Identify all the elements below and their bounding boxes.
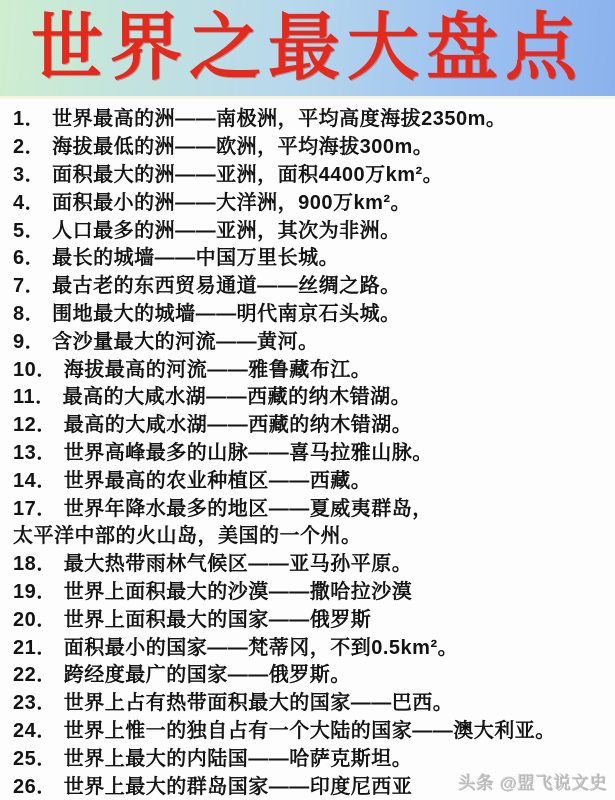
list-item-number: 17． — [13, 492, 57, 521]
list-item-text: 含沙量最大的河流——黄河。 — [52, 325, 319, 354]
list-item-number: 7． — [13, 269, 45, 298]
list-item-number: 26． — [13, 770, 57, 799]
list-item: 18．最大热带雨林气候区——亚马孙平原。 — [13, 548, 615, 576]
list-item: 9．含沙量最大的河流——黄河。 — [13, 325, 615, 353]
list-item: 7．最古老的东西贸易通道——丝绸之路。 — [13, 270, 615, 298]
list-item: 6．最长的城墙——中国万里长城。 — [13, 242, 615, 270]
page-title: 世界之最大盘点 — [31, 0, 584, 97]
list-item-text: 最高的大咸水湖——西藏的纳木错湖。 — [63, 380, 412, 409]
list-item: 1．世界最高的洲——南极洲，平均高度海拔2350m。 — [13, 103, 615, 131]
list-item-number: 4． — [13, 186, 45, 215]
list-item-text: 世界上最大的群岛国家——印度尼西亚 — [64, 770, 413, 799]
list-item-number: 1． — [13, 102, 45, 131]
list-item: 14．世界最高的农业种植区——西藏。 — [13, 464, 615, 492]
list-item: 太平洋中部的火山岛，美国的一个州。 — [13, 520, 615, 548]
list-item-number: 5． — [13, 214, 45, 243]
list-item: 21．面积最小的国家——梵蒂冈，不到0.5km²。 — [13, 631, 615, 659]
list-item-text: 最长的城墙——中国万里长城。 — [52, 241, 339, 270]
list-item: 13．世界高峰最多的山脉——喜马拉雅山脉。 — [13, 437, 615, 465]
list-item-number: 23． — [13, 686, 57, 715]
list-item-number: 13． — [13, 436, 57, 465]
header-banner: 世界之最大盘点 — [0, 0, 615, 99]
list-item-text: 世界上面积最大的沙漠——撒哈拉沙漠 — [64, 575, 413, 604]
list-item-text: 面积最小的国家——梵蒂冈，不到0.5km²。 — [64, 631, 458, 660]
list-item: 12．最高的大咸水湖——西藏的纳木错湖。 — [13, 409, 615, 437]
list-item: 11．最高的大咸水湖——西藏的纳木错湖。 — [13, 381, 615, 409]
list-item-text: 最古老的东西贸易通道——丝绸之路。 — [52, 269, 401, 298]
watermark: 头条 @盟飞说文史 — [459, 769, 608, 794]
list-item: 4．面积最小的洲——大洋洲，900万km²。 — [13, 186, 615, 214]
list-item: 24．世界上惟一的独自占有一个大陆的国家——澳大利亚。 — [13, 715, 615, 743]
list-item-text: 世界最高的洲——南极洲，平均高度海拔2350m。 — [52, 102, 506, 131]
list-item-text: 世界上惟一的独自占有一个大陆的国家——澳大利亚。 — [64, 714, 556, 743]
list-item: 5．人口最多的洲——亚洲，其次为非洲。 — [13, 214, 615, 242]
list-item-text: 面积最大的洲——亚洲，面积4400万km²。 — [52, 158, 443, 187]
list-item: 25．世界上最大的内陆国——哈萨克斯坦。 — [13, 742, 615, 770]
list-item: 8．围地最大的城墙——明代南京石头城。 — [13, 298, 615, 326]
list-item-number: 19． — [13, 575, 57, 604]
list-item-text: 面积最小的洲——大洋洲，900万km²。 — [52, 186, 411, 215]
list-item-number: 2． — [13, 130, 45, 159]
list-item-number: 10． — [13, 353, 57, 382]
list-item-number: 25． — [13, 742, 57, 771]
facts-list: 1．世界最高的洲——南极洲，平均高度海拔2350m。2．海拔最低的洲——欧洲，平… — [0, 99, 615, 798]
list-item-text: 世界上面积最大的国家——俄罗斯 — [64, 603, 372, 632]
list-item-text: 最高的大咸水湖——西藏的纳木错湖。 — [64, 408, 413, 437]
list-item-text: 世界上占有热带面积最大的国家——巴西。 — [64, 686, 454, 715]
list-item: 17．世界年降水最多的地区——夏威夷群岛， — [13, 492, 615, 520]
list-item-number: 11． — [13, 380, 56, 409]
list-item: 23．世界上占有热带面积最大的国家——巴西。 — [13, 687, 615, 715]
list-item-text: 跨经度最广的国家——俄罗斯。 — [64, 658, 351, 687]
list-item-text: 最大热带雨林气候区——亚马孙平原。 — [64, 547, 413, 576]
list-item-text: 世界高峰最多的山脉——喜马拉雅山脉。 — [64, 436, 433, 465]
list-item-number: 22． — [13, 658, 57, 687]
list-item-text: 世界年降水最多的地区——夏威夷群岛， — [64, 492, 433, 521]
list-item-text: 围地最大的城墙——明代南京石头城。 — [52, 297, 401, 326]
list-item: 20．世界上面积最大的国家——俄罗斯 — [13, 603, 615, 631]
list-item-number: 21． — [13, 631, 57, 660]
list-item-number: 14． — [13, 464, 57, 493]
list-item-number: 24． — [13, 714, 57, 743]
list-item: 2．海拔最低的洲——欧洲，平均海拔300m。 — [13, 131, 615, 159]
list-item-number: 20． — [13, 603, 57, 632]
list-item-number: 8． — [13, 297, 45, 326]
list-item-text: 太平洋中部的火山岛，美国的一个州。 — [13, 519, 362, 548]
list-item: 22．跨经度最广的国家——俄罗斯。 — [13, 659, 615, 687]
list-item-text: 人口最多的洲——亚洲，其次为非洲。 — [52, 214, 401, 243]
list-item-text: 世界最高的农业种植区——西藏。 — [64, 464, 372, 493]
list-item-text: 世界上最大的内陆国——哈萨克斯坦。 — [64, 742, 413, 771]
list-item-number: 3． — [13, 158, 45, 187]
list-item: 10．海拔最高的河流——雅鲁藏布江。 — [13, 353, 615, 381]
list-item-number: 9． — [13, 325, 45, 354]
list-item: 3．面积最大的洲——亚洲，面积4400万km²。 — [13, 159, 615, 187]
list-item-number: 12． — [13, 408, 57, 437]
infographic-page: 世界之最大盘点 1．世界最高的洲——南极洲，平均高度海拔2350m。2．海拔最低… — [0, 0, 615, 800]
list-item-number: 6． — [13, 241, 45, 270]
list-item-text: 海拔最高的河流——雅鲁藏布江。 — [64, 353, 372, 382]
list-item-text: 海拔最低的洲——欧洲，平均海拔300m。 — [52, 130, 433, 159]
list-item: 19．世界上面积最大的沙漠——撒哈拉沙漠 — [13, 576, 615, 604]
list-item-number: 18． — [13, 547, 57, 576]
